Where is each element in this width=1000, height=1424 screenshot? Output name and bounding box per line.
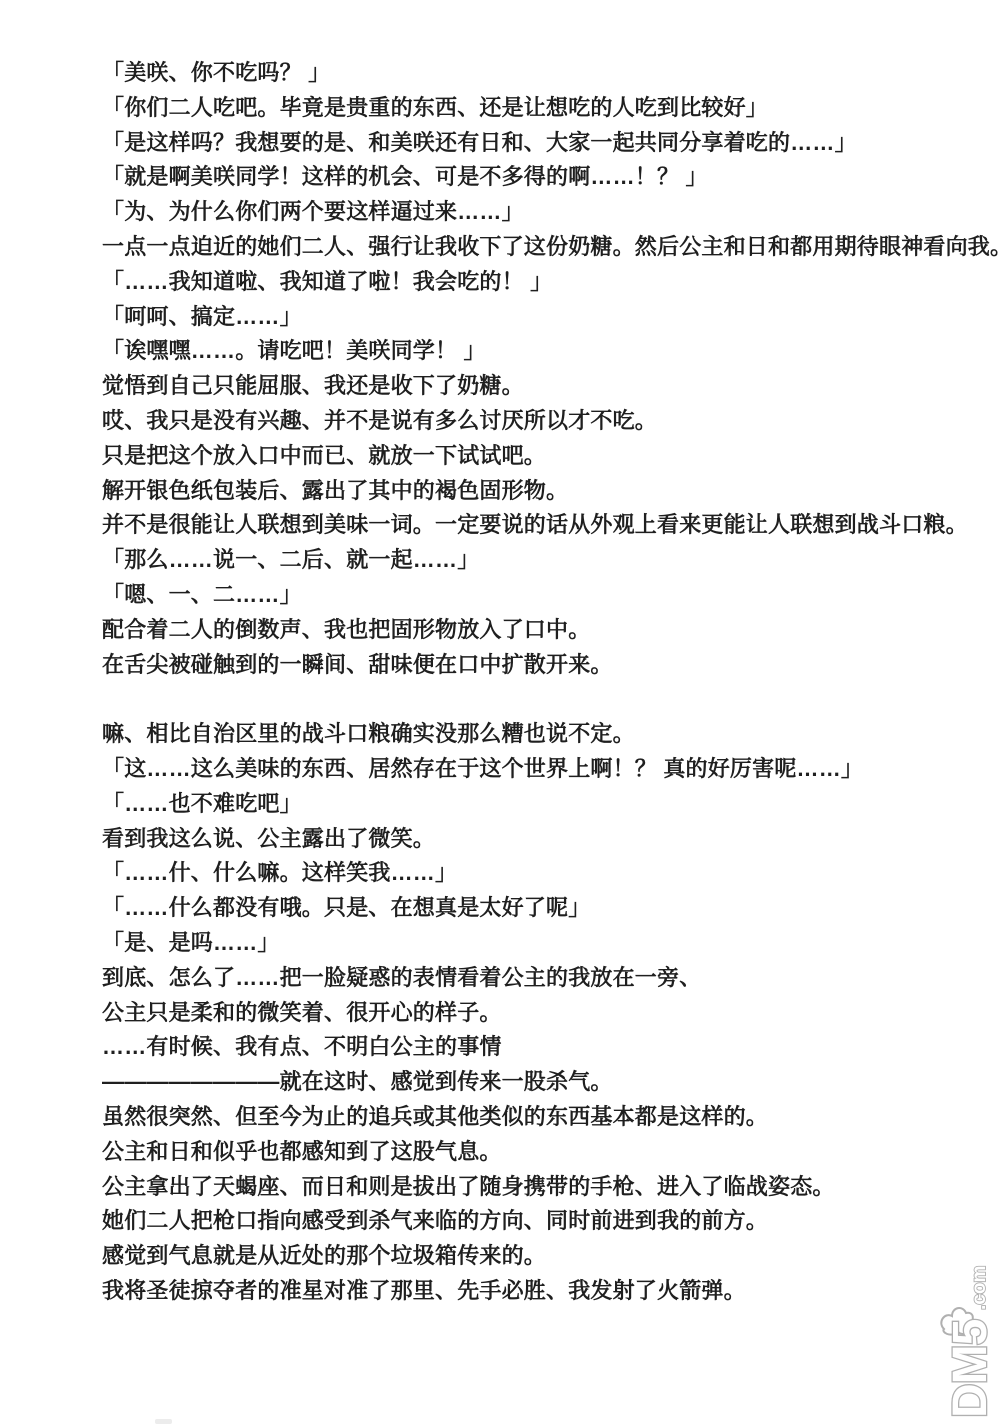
text-line: 「是、是吗……」 [102, 926, 972, 961]
novel-text-page: 「美咲、你不吃吗？ 」「你们二人吃吧。毕竟是贵重的东西、还是让想吃的人吃到比较好… [102, 56, 972, 1309]
text-line: 她们二人把枪口指向感受到杀气来临的方向、同时前进到我的前方。 [102, 1204, 972, 1239]
text-line: 「诶嘿嘿……。请吃吧！美咲同学！ 」 [102, 334, 972, 369]
text-line: 「……我知道啦、我知道了啦！我会吃的！ 」 [102, 265, 972, 300]
dm5-com-text: .com [969, 1266, 990, 1310]
text-line: 「……什么都没有哦。只是、在想真是太好了呢」 [102, 891, 972, 926]
text-line: 「嗯、一、二……」 [102, 578, 972, 613]
text-line: 觉悟到自己只能屈服、我还是收下了奶糖。 [102, 369, 972, 404]
text-line: 「是这样吗？我想要的是、和美咲还有日和、大家一起共同分享着吃的……」 [102, 126, 972, 161]
text-line: 「……也不难吃吧」 [102, 787, 972, 822]
page: { "page": { "background": "#ffffff", "te… [0, 0, 1000, 1424]
text-line: 公主拿出了天蝎座、而日和则是拔出了随身携带的手枪、进入了临战姿态。 [102, 1170, 972, 1205]
text-line: 只是把这个放入口中而已、就放一下试试吧。 [102, 439, 972, 474]
text-line: 「……什、什么嘛。这样笑我……」 [102, 856, 972, 891]
dm5-watermark: DM5 .com [930, 1224, 1000, 1424]
text-line: ……有时候、我有点、不明白公主的事情 [102, 1030, 972, 1065]
text-line: 感觉到气息就是从近处的那个垃圾箱传来的。 [102, 1239, 972, 1274]
text-line: 到底、怎么了……把一脸疑惑的表情看着公主的我放在一旁、 [102, 961, 972, 996]
cutoff-character-fragment [155, 1419, 172, 1424]
text-line: 解开银色纸包装后、露出了其中的褐色固形物。 [102, 474, 972, 509]
text-line: 配合着二人的倒数声、我也把固形物放入了口中。 [102, 613, 972, 648]
text-line: 虽然很突然、但至今为止的追兵或其他类似的东西基本都是这样的。 [102, 1100, 972, 1135]
dm5-logo-text: DM5 [944, 1319, 997, 1418]
text-line: 「这……这么美味的东西、居然存在于这个世界上啊！？ 真的好厉害呢……」 [102, 752, 972, 787]
novel-text-lines: 「美咲、你不吃吗？ 」「你们二人吃吧。毕竟是贵重的东西、还是让想吃的人吃到比较好… [102, 56, 972, 1309]
text-line: 「就是啊美咲同学！这样的机会、可是不多得的啊……！？ 」 [102, 160, 972, 195]
text-line: 在舌尖被碰触到的一瞬间、甜味便在口中扩散开来。 [102, 648, 972, 683]
text-line: 并不是很能让人联想到美味一词。一定要说的话从外观上看来更能让人联想到战斗口粮。 [102, 508, 972, 543]
text-line: 「你们二人吃吧。毕竟是贵重的东西、还是让想吃的人吃到比较好」 [102, 91, 972, 126]
text-line: 「呵呵、搞定……」 [102, 300, 972, 335]
text-line: 哎、我只是没有兴趣、并不是说有多么讨厌所以才不吃。 [102, 404, 972, 439]
text-line: 「那么……说一、二后、就一起……」 [102, 543, 972, 578]
blank-line [102, 682, 972, 717]
text-line: 「为、为什么你们两个要这样逼过来……」 [102, 195, 972, 230]
text-line: 我将圣徒掠夺者的准星对准了那里、先手必胜、我发射了火箭弹。 [102, 1274, 972, 1309]
text-line: 公主和日和似乎也都感知到了这股气息。 [102, 1135, 972, 1170]
text-line: ————————就在这时、感觉到传来一股杀气。 [102, 1065, 972, 1100]
text-line: 公主只是柔和的微笑着、很开心的样子。 [102, 996, 972, 1031]
text-line: 一点一点迫近的她们二人、强行让我收下了这份奶糖。然后公主和日和都用期待眼神看向我… [102, 230, 972, 265]
text-line: 嘛、相比自治区里的战斗口粮确实没那么糟也说不定。 [102, 717, 972, 752]
text-line: 「美咲、你不吃吗？ 」 [102, 56, 972, 91]
text-line: 看到我这么说、公主露出了微笑。 [102, 822, 972, 857]
